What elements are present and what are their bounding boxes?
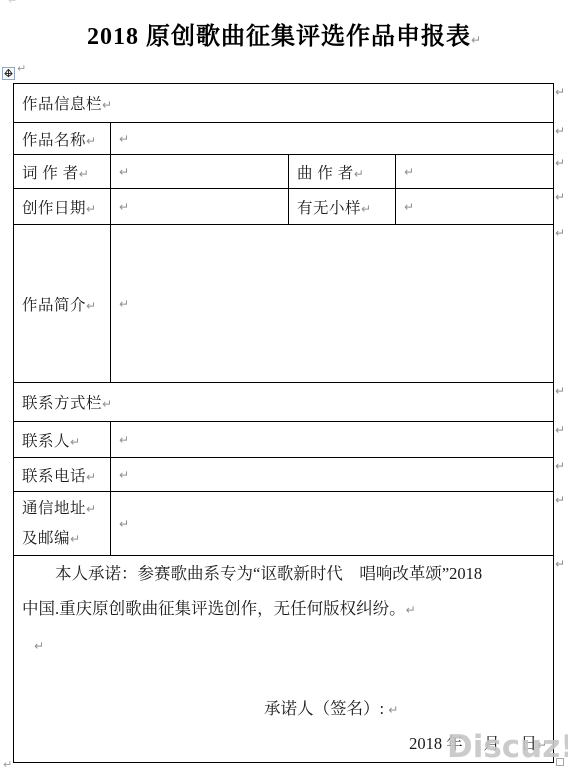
paragraph-mark: ↵	[86, 299, 96, 313]
end-of-row-mark: ↵	[555, 557, 567, 571]
paragraph-mark: ↵	[471, 33, 481, 47]
label-text: 词 作 者	[22, 165, 79, 182]
table-row: 联系方式栏↵	[14, 383, 554, 422]
discuz-watermark: Discuz!	[447, 729, 568, 765]
label-has-demo: 有无小样↵	[289, 189, 396, 225]
table-row: 作品简介↵ ↵	[14, 225, 554, 383]
label-mailing-address: 通信地址↵ 及邮编↵	[14, 492, 111, 556]
end-of-row-mark: ↵	[555, 459, 567, 473]
end-of-row-mark: ↵	[555, 226, 567, 240]
end-of-row-mark: ↵	[555, 423, 567, 437]
move-icon: ↕	[3, 68, 14, 79]
label-text: 有无小样	[297, 200, 361, 217]
creation-date-input-cell[interactable]: ↵	[111, 189, 289, 225]
paragraph-mark: ↵	[119, 132, 129, 146]
label-text: 联系人	[22, 433, 70, 450]
paragraph-mark: ↵	[404, 165, 414, 179]
paragraph-mark: ↵	[119, 517, 129, 531]
section-header-work-info: 作品信息栏↵	[14, 84, 554, 123]
paragraph-mark: ↵	[354, 167, 364, 181]
paragraph-mark: ↵	[102, 98, 112, 112]
document-page: ↵ 2018 原创歌曲征集评选作品申报表↵ ↔ ↕ ↵ 作品信息栏↵ 作品名称↵…	[0, 0, 568, 772]
paragraph-mark: ↵	[119, 200, 129, 214]
label-text: 联系电话	[22, 468, 86, 485]
label-text: 创作日期	[22, 200, 86, 217]
paragraph-mark: ↵	[86, 134, 96, 148]
paragraph-mark: ↵	[3, 758, 12, 771]
page-title: 2018 原创歌曲征集评选作品申报表↵	[0, 16, 568, 51]
table-move-handle[interactable]: ↔ ↕	[2, 67, 15, 80]
paragraph-mark: ↵	[119, 297, 129, 311]
contact-phone-input-cell[interactable]: ↵	[111, 458, 554, 492]
end-of-row-mark: ↵	[555, 156, 567, 170]
label-text: 作品简介	[22, 297, 86, 314]
table-row: 创作日期↵ ↵ 有无小样↵ ↵	[14, 189, 554, 225]
section-header-label: 作品信息栏	[22, 96, 102, 113]
work-name-input-cell[interactable]: ↵	[111, 123, 554, 155]
label-work-name: 作品名称↵	[14, 123, 111, 155]
label-contact-person: 联系人↵	[14, 422, 111, 458]
paragraph-mark: ↵	[17, 62, 26, 75]
lyricist-input-cell[interactable]: ↵	[111, 155, 289, 189]
table-row: 联系电话↵ ↵	[14, 458, 554, 492]
table-row: 作品名称↵ ↵	[14, 123, 554, 155]
section-header-label: 联系方式栏	[22, 395, 102, 412]
paragraph-mark: ↵	[86, 202, 96, 216]
table-row: 联系人↵ ↵	[14, 422, 554, 458]
paragraph-mark: ↵	[70, 435, 80, 449]
end-of-row-mark: ↵	[555, 85, 567, 99]
paragraph-mark: ↵	[406, 603, 416, 617]
table-row: 通信地址↵ 及邮编↵ ↵	[14, 492, 554, 556]
label-composer: 曲 作 者↵	[289, 155, 396, 189]
label-text: 曲 作 者	[297, 165, 354, 182]
paragraph-mark: ↵	[86, 470, 96, 484]
paragraph-mark: ↵	[404, 200, 414, 214]
paragraph-mark: ↵	[8, 0, 17, 7]
label-text: 及邮编	[22, 530, 70, 547]
paragraph-mark: ↵	[34, 639, 44, 653]
pledge-text-line2: 中国.重庆原创歌曲征集评选创作，无任何版权纠纷。↵	[22, 591, 551, 628]
paragraph-mark: ↵	[119, 433, 129, 447]
mailing-address-input-cell[interactable]: ↵	[111, 492, 554, 556]
contact-person-input-cell[interactable]: ↵	[111, 422, 554, 458]
paragraph-mark: ↵	[361, 202, 371, 216]
has-demo-input-cell[interactable]: ↵	[396, 189, 554, 225]
table-row: 作品信息栏↵	[14, 84, 554, 123]
section-header-contact-info: 联系方式栏↵	[14, 383, 554, 422]
signer-line: 承诺人（签名）: ↵	[22, 692, 551, 727]
label-lyricist: 词 作 者↵	[14, 155, 111, 189]
end-of-row-mark: ↵	[555, 384, 567, 398]
paragraph-mark: ↵	[79, 167, 89, 181]
application-form-table: 作品信息栏↵ 作品名称↵ ↵ 词 作 者↵ ↵ 曲 作 者↵ ↵	[13, 83, 554, 763]
pledge-text-line1: 本人承诺：参赛歌曲系专为“讴歌新时代 唱响改革颂”2018	[22, 556, 551, 591]
label-creation-date: 创作日期↵	[14, 189, 111, 225]
page-title-text: 2018 原创歌曲征集评选作品申报表	[87, 24, 471, 50]
end-of-row-mark: ↵	[555, 124, 567, 138]
label-text: 作品名称	[22, 132, 86, 149]
paragraph-mark: ↵	[102, 397, 112, 411]
paragraph-mark: ↵	[119, 468, 129, 482]
end-of-row-mark: ↵	[555, 190, 567, 204]
label-work-intro: 作品简介↵	[14, 225, 111, 383]
work-intro-input-cell[interactable]: ↵	[111, 225, 554, 383]
paragraph-mark: ↵	[86, 502, 96, 516]
paragraph-mark: ↵	[388, 703, 398, 717]
signer-label: 承诺人（签名）:	[264, 699, 384, 718]
table-row: 词 作 者↵ ↵ 曲 作 者↵ ↵	[14, 155, 554, 189]
label-contact-phone: 联系电话↵	[14, 458, 111, 492]
label-text: 通信地址	[22, 500, 86, 517]
pledge-text: 中国.重庆原创歌曲征集评选创作，无任何版权纠纷。	[22, 599, 406, 618]
paragraph-mark: ↵	[70, 532, 80, 546]
end-of-row-mark: ↵	[555, 493, 567, 507]
paragraph-mark: ↵	[119, 165, 129, 179]
composer-input-cell[interactable]: ↵	[396, 155, 554, 189]
